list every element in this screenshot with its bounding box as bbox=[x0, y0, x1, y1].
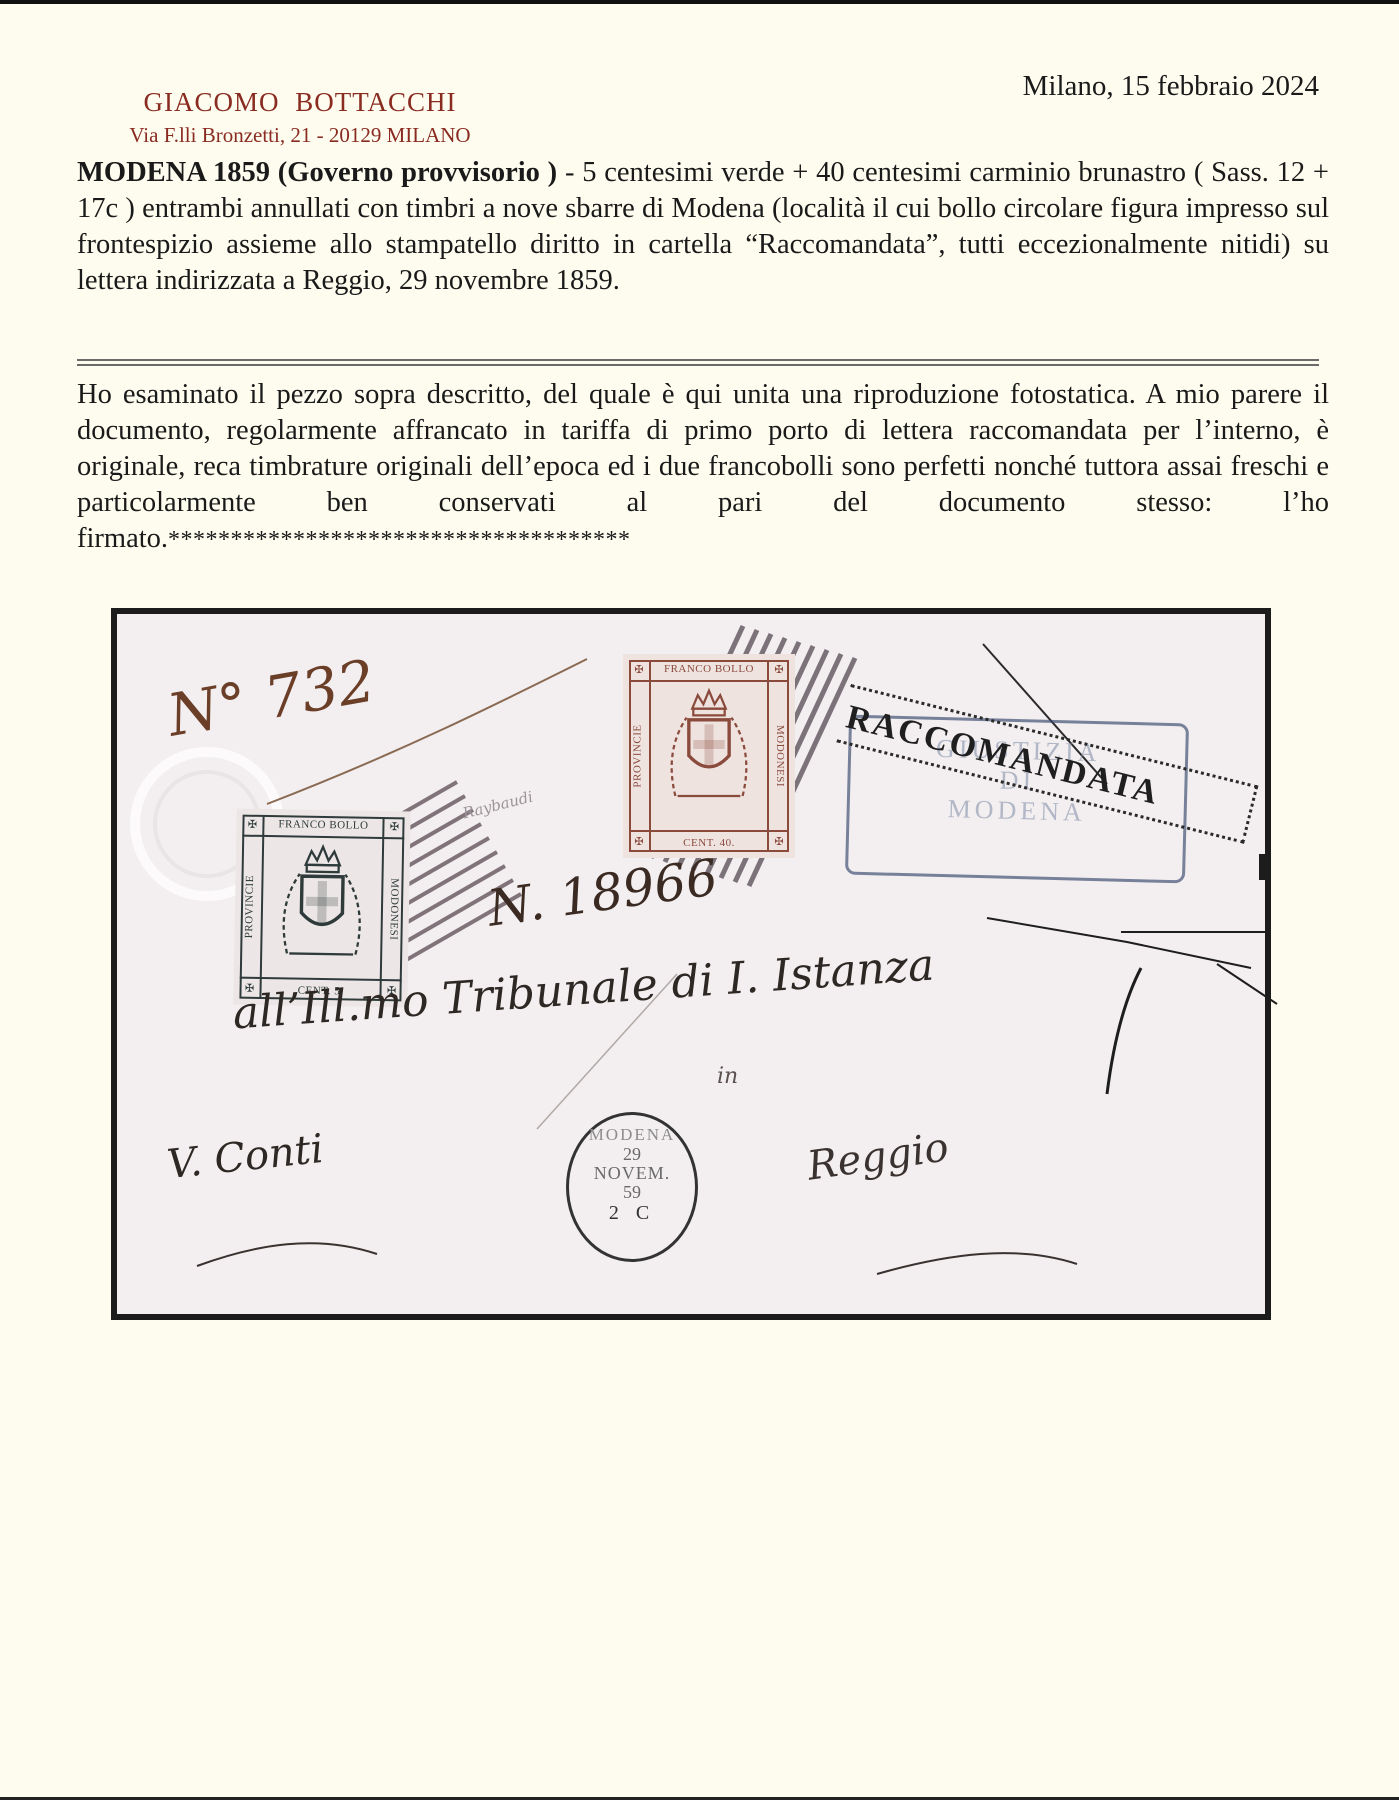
postmark-time: 2 C bbox=[569, 1201, 695, 1225]
corner-ornament-icon: ✠ bbox=[773, 836, 785, 848]
corner-ornament-icon: ✠ bbox=[388, 821, 400, 833]
stamp-left-label: PROVINCIE bbox=[631, 684, 645, 828]
savoy-crest-icon bbox=[264, 839, 380, 978]
opinion-stars: ************************************* bbox=[168, 527, 631, 553]
stamp-top-label: FRANCO BOLLO bbox=[645, 663, 773, 675]
modena-circular-postmark: MODENA 29 NOVEM. 59 2 C bbox=[566, 1112, 698, 1262]
item-description: MODENA 1859 (Governo provvisorio ) - 5 c… bbox=[77, 155, 1329, 299]
expert-opinion: Ho esaminato il pezzo sopra descritto, d… bbox=[77, 377, 1329, 558]
stamp-right-label: MODONESI bbox=[386, 841, 402, 977]
stamp-40-centesimi: ✠ ✠ ✠ ✠ FRANCO BOLLO PROVINCIE MODONESI … bbox=[623, 654, 795, 858]
double-rule-divider bbox=[77, 359, 1319, 366]
stamp-left-label-text: PROVINCIE bbox=[632, 724, 644, 787]
stamp-inner-rule bbox=[629, 830, 789, 832]
description-lead: MODENA 1859 (Governo provvisorio ) bbox=[77, 157, 557, 188]
postmark-year: 59 bbox=[569, 1183, 695, 1201]
top-border bbox=[0, 0, 1399, 4]
stamp-left-label: PROVINCIE bbox=[242, 839, 258, 975]
postmark-month: NOVEM. bbox=[569, 1163, 695, 1183]
corner-ornament-icon: ✠ bbox=[633, 664, 645, 676]
savoy-crest-icon bbox=[653, 684, 765, 818]
cover-photo: ✠ ✠ ✠ ✠ FRANCO BOLLO PROVINCIE MODONESI … bbox=[111, 608, 1271, 1320]
certificate-date: Milano, 15 febbraio 2024 bbox=[1023, 70, 1319, 103]
stamp-right-label-text: MODONESI bbox=[387, 878, 400, 940]
corner-ornament-icon: ✠ bbox=[773, 664, 785, 676]
issuer-address: Via F.lli Bronzetti, 21 - 20129 MILANO bbox=[70, 122, 530, 148]
postmark-city: MODENA bbox=[569, 1125, 695, 1145]
stamp-inner-rule bbox=[629, 680, 789, 682]
stamp-right-label: MODONESI bbox=[773, 684, 787, 828]
issuer-name: GIACOMO BOTTACCHI bbox=[70, 86, 530, 118]
stamp-right-label-text: MODONESI bbox=[774, 725, 786, 787]
stamp-top-label: FRANCO BOLLO bbox=[258, 818, 388, 832]
corner-ornament-icon: ✠ bbox=[633, 836, 645, 848]
stamp-value-label: CENT. 40. bbox=[645, 837, 773, 849]
issuer-letterhead: GIACOMO BOTTACCHI Via F.lli Bronzetti, 2… bbox=[70, 86, 530, 148]
manuscript-in: in bbox=[717, 1064, 738, 1089]
stamp-left-label-text: PROVINCIE bbox=[243, 875, 256, 938]
stamp-inner-rule bbox=[649, 660, 651, 852]
stamp-inner-rule bbox=[767, 660, 769, 852]
postmark-day: 29 bbox=[569, 1145, 695, 1163]
corner-ornament-icon: ✠ bbox=[246, 819, 258, 831]
